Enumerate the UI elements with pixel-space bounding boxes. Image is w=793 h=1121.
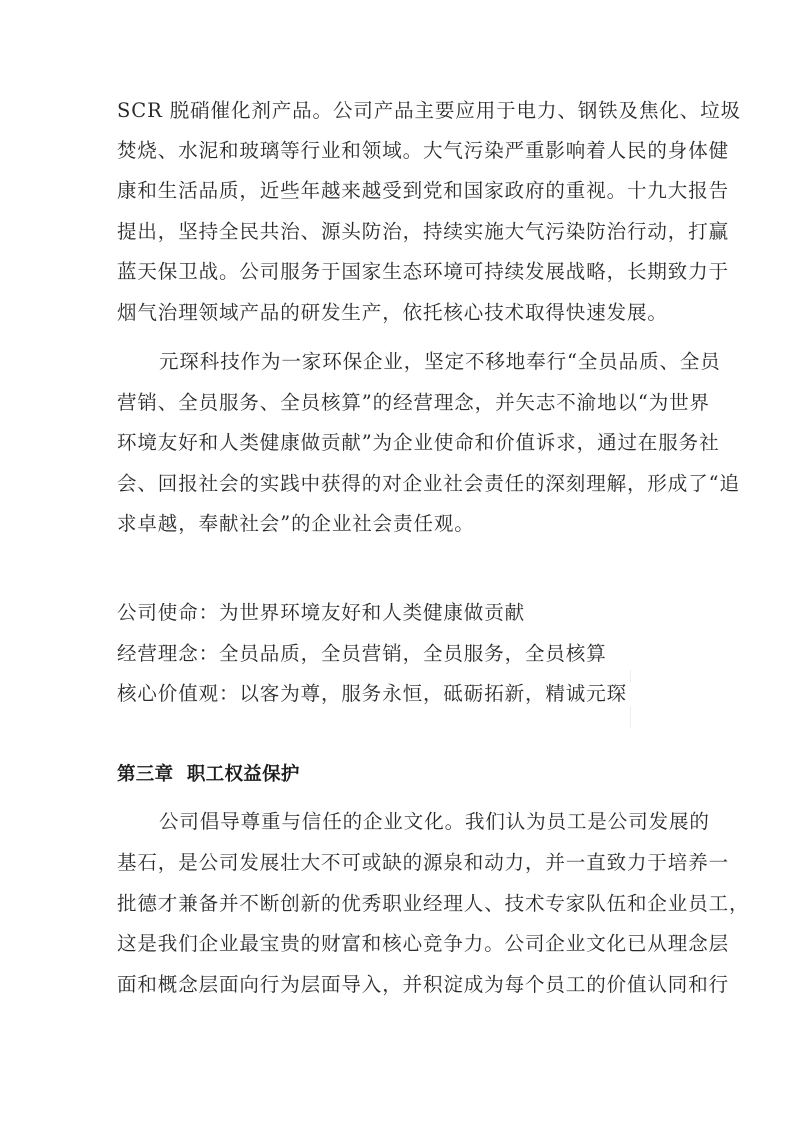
text-line: 康和生活品质，近些年越来越受到党和国家政府的重视。十九大报告 xyxy=(117,171,679,211)
scan-artifact xyxy=(630,670,631,682)
text-line: 面和概念层面向行为层面导入，并积淀成为每个员工的价值认同和行 xyxy=(117,965,679,1005)
chapter-heading: 第三章 职工权益保护 xyxy=(117,755,679,795)
business-philosophy: 经营理念：全员品质，全员营销，全员服务，全员核算 xyxy=(117,634,679,674)
text-line: 营销、全员服务、全员核算”的经营理念，并矢志不渝地以“为世界 xyxy=(117,383,679,423)
company-mission: 公司使命：为世界环境友好和人类健康做贡献 xyxy=(117,593,679,633)
text-line: 焚烧、水泥和玻璃等行业和领域。大气污染严重影响着人民的身体健 xyxy=(117,131,679,171)
text-line: 环境友好和人类健康做贡献”为企业使命和价值诉求，通过在服务社 xyxy=(117,423,679,463)
text-line: SCR 脱硝催化剂产品。公司产品主要应用于电力、钢铁及焦化、垃圾 xyxy=(117,91,679,131)
text-line: 基石，是公司发展壮大不可或缺的源泉和动力，并一直致力于培养一 xyxy=(117,843,679,883)
text-line: 这是我们企业最宝贵的财富和核心竞争力。公司企业文化已从理念层 xyxy=(117,924,679,964)
text-line: 求卓越，奉献社会”的企业社会责任观。 xyxy=(117,504,679,544)
core-values: 核心价值观：以客为尊，服务永恒，砥砺拓新，精诚元琛 xyxy=(117,674,679,714)
text-line: 烟气治理领域产品的研发生产，依托核心技术取得快速发展。 xyxy=(117,293,679,333)
text-line: 提出，坚持全民共治、源头防治，持续实施大气污染防治行动，打赢 xyxy=(117,212,679,252)
text-line: 蓝天保卫战。公司服务于国家生态环境可持续发展战略，长期致力于 xyxy=(117,252,679,292)
scan-artifact xyxy=(630,706,631,728)
text-line: 批德才兼备并不断创新的优秀职业经理人、技术专家队伍和企业员工， xyxy=(117,884,679,924)
text-line: 元琛科技作为一家环保企业，坚定不移地奉行“全员品质、全员 xyxy=(117,342,721,382)
text-line: 会、回报社会的实践中获得的对企业社会责任的深刻理解，形成了“追 xyxy=(117,464,679,504)
text-line: 公司倡导尊重与信任的企业文化。我们认为员工是公司发展的 xyxy=(117,802,721,842)
